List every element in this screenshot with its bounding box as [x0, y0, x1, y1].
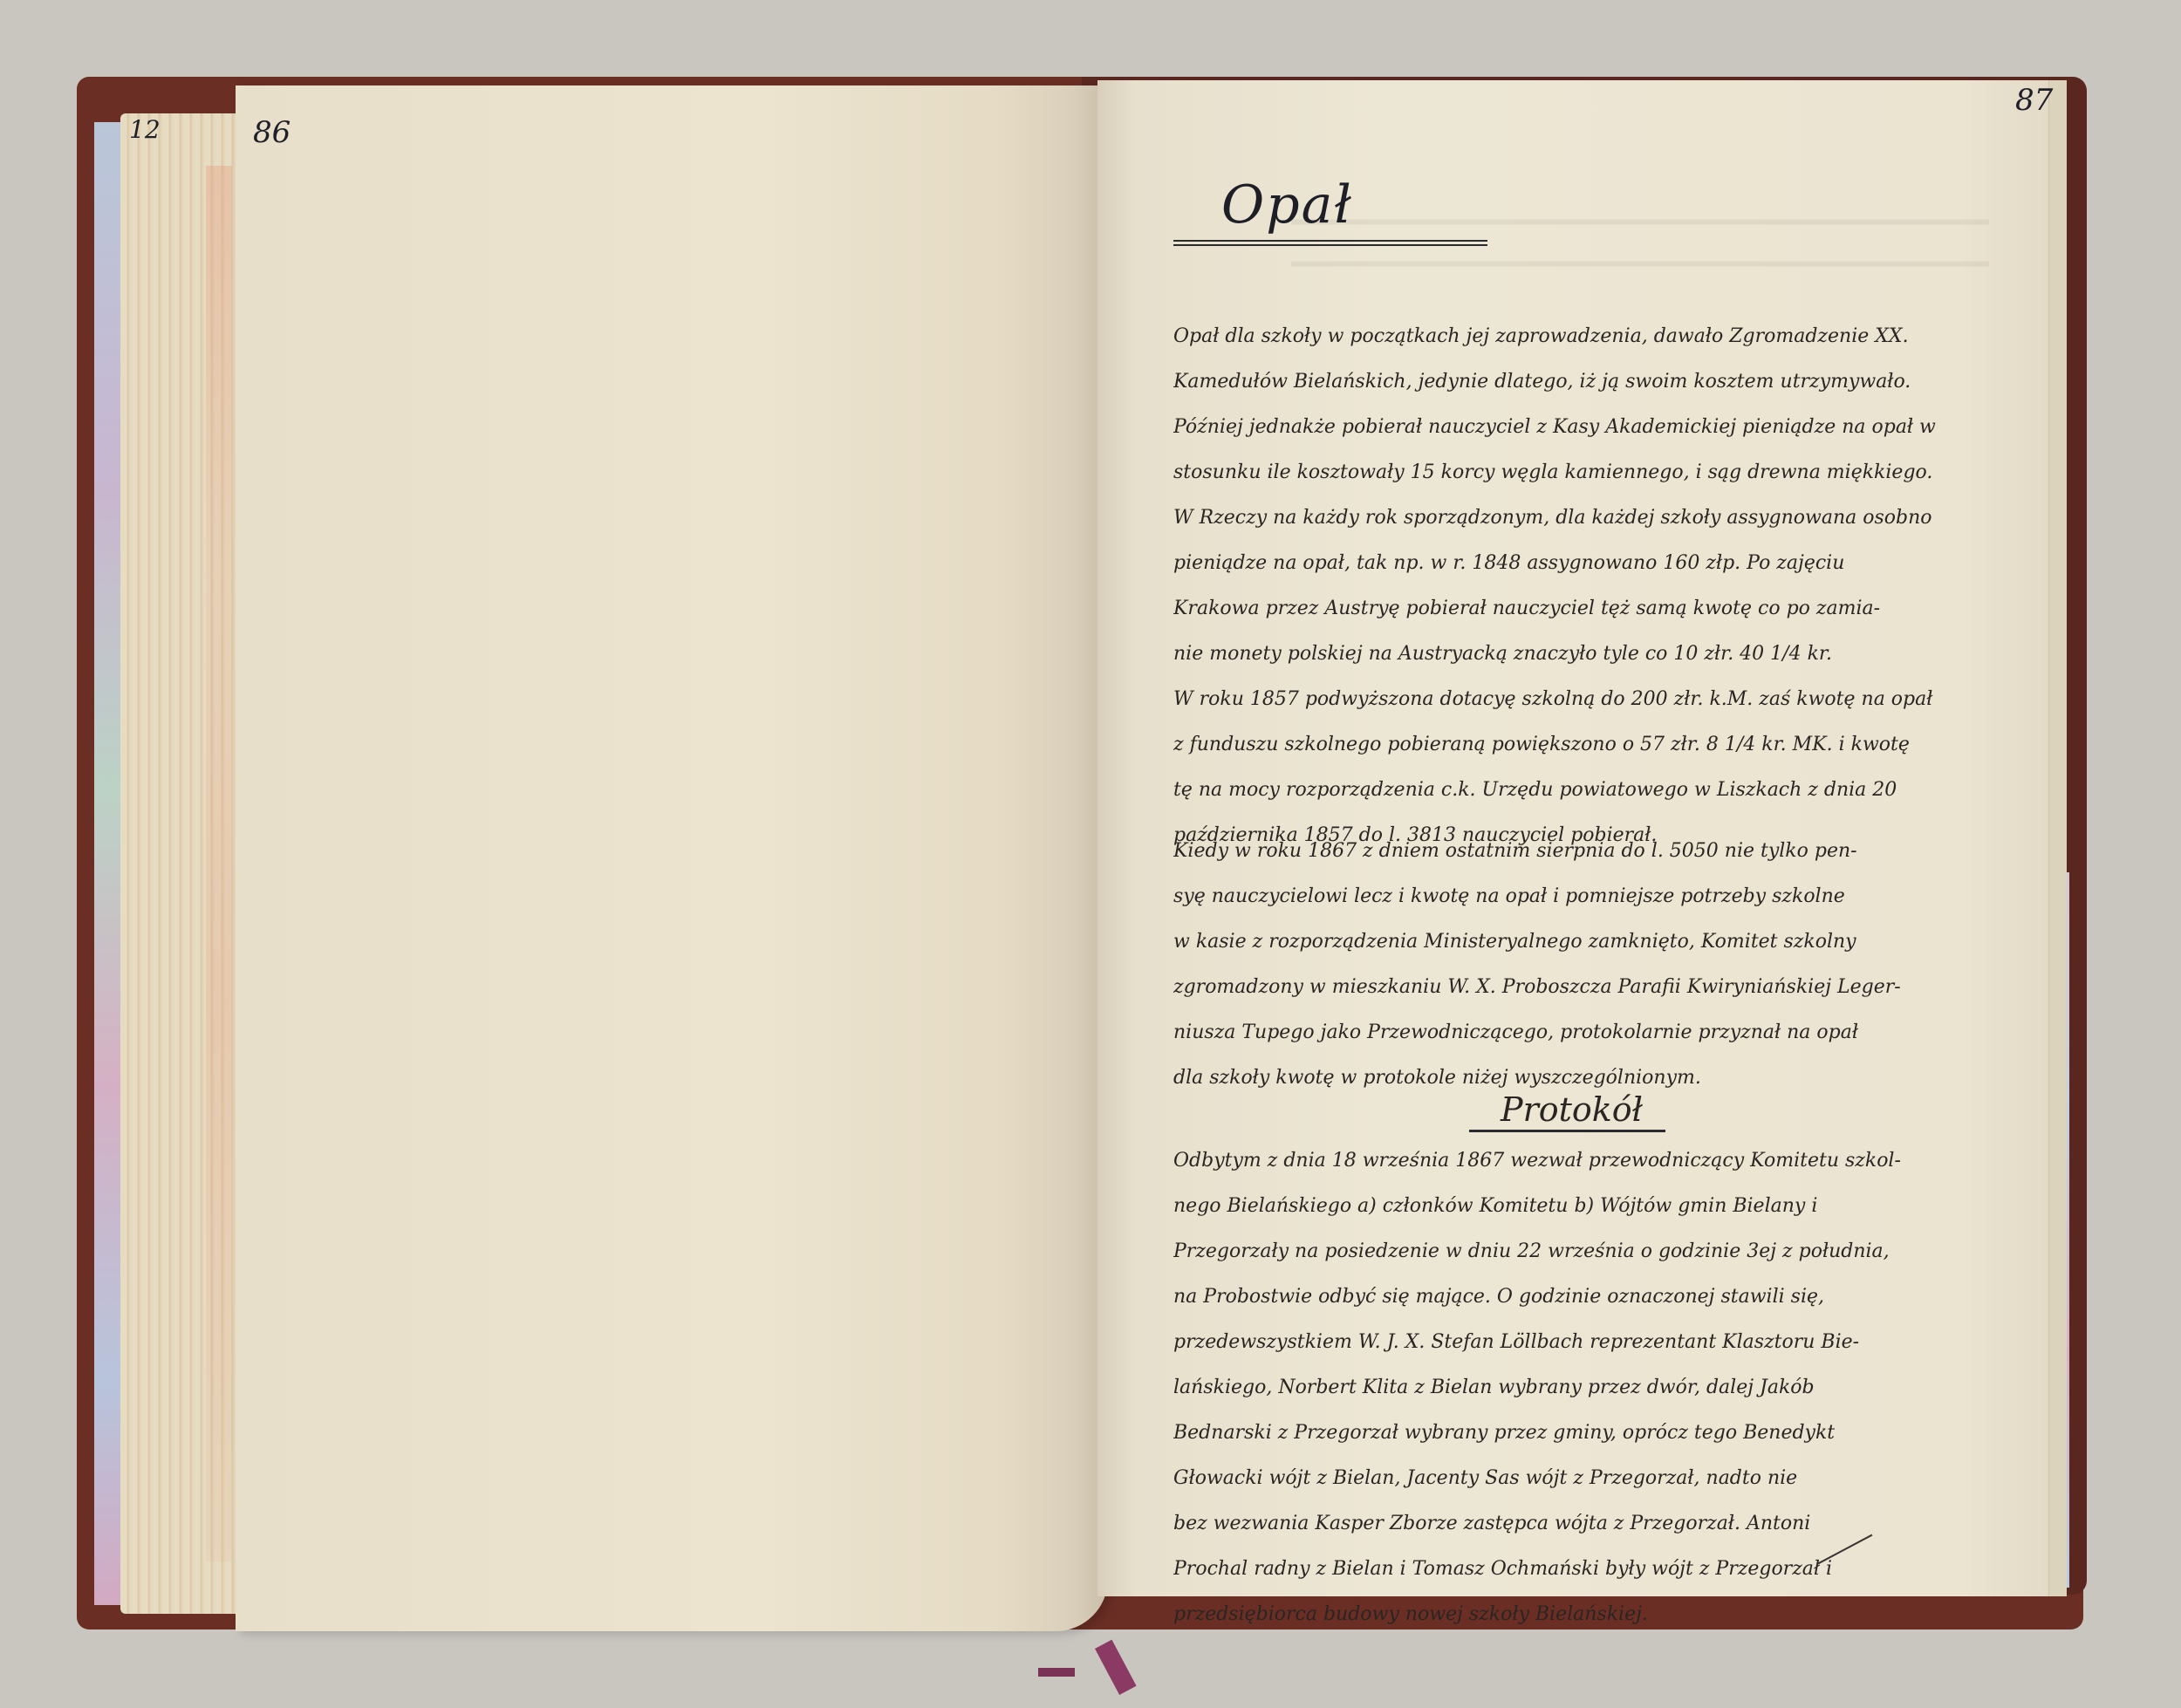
text-line: tę na mocy rozporządzenia c.k. Urzędu po…	[1173, 768, 2033, 813]
text-line: Głowacki wójt z Bielan, Jacenty Sas wójt…	[1173, 1456, 2033, 1501]
text-line: nie monety polskiej na Austryacką znaczy…	[1173, 632, 2033, 677]
text-line: przedsiębiorca budowy nowej szkoły Biela…	[1173, 1592, 2033, 1637]
text-line: syę nauczycielowi lecz i kwotę na opał i…	[1173, 874, 2033, 919]
text-line: w kasie z rozporządzenia Ministeryalnego…	[1173, 919, 2033, 965]
ribbon-bookmark-tail	[1038, 1668, 1075, 1677]
text-line: Bednarski z Przegorzał wybrany przez gmi…	[1173, 1411, 2033, 1456]
right-page-number: 87	[2015, 83, 2053, 118]
ribbon-bookmark[interactable]	[1095, 1640, 1137, 1695]
text-line: Kiedy w roku 1867 z dniem ostatnim sierp…	[1173, 829, 2033, 874]
paragraph-1: Opał dla szkoły w początkach jej zaprowa…	[1173, 314, 2033, 858]
left-page-number: 86	[253, 115, 291, 150]
text-line: W roku 1857 podwyższona dotacyę szkolną …	[1173, 677, 2033, 722]
text-line: niusza Tupego jako Przewodniczącego, pro…	[1173, 1010, 2033, 1056]
left-page	[236, 85, 1108, 1631]
text-line: Opał dla szkoły w początkach jej zaprowa…	[1173, 314, 2033, 359]
text-line: lańskiego, Norbert Klita z Bielan wybran…	[1173, 1365, 2033, 1411]
text-line: przedewszystkiem W. J. X. Stefan Löllbac…	[1173, 1320, 2033, 1365]
page-stack-edges	[120, 113, 251, 1614]
title-underline	[1173, 240, 1487, 246]
text-line: Przegorzały na posiedzenie w dniu 22 wrz…	[1173, 1229, 2033, 1274]
protocol-underline	[1469, 1130, 1665, 1132]
text-line: Kamedułów Bielańskich, jedynie dlatego, …	[1173, 359, 2033, 405]
text-line: pieniądze na opał, tak np. w r. 1848 ass…	[1173, 541, 2033, 586]
text-line: na Probostwie odbyć się mające. O godzin…	[1173, 1274, 2033, 1320]
text-line: nego Bielańskiego a) członków Komitetu b…	[1173, 1184, 2033, 1229]
text-line: stosunku ile kosztowały 15 korcy węgla k…	[1173, 450, 2033, 495]
paragraph-2: Kiedy w roku 1867 z dniem ostatnim sierp…	[1173, 829, 2033, 1101]
text-line: bez wezwania Kasper Zborze zastępca wójt…	[1173, 1501, 2033, 1547]
page-title: Opał	[1221, 174, 1353, 236]
text-line: Krakowa przez Austryę pobierał nauczycie…	[1173, 586, 2033, 632]
text-line: zgromadzony w mieszkaniu W. X. Proboszcz…	[1173, 965, 2033, 1010]
text-line: W Rzeczy na każdy rok sporządzonym, dla …	[1173, 495, 2033, 541]
text-line: Prochal radny z Bielan i Tomasz Ochmańsk…	[1173, 1547, 2033, 1592]
protocol-text: Odbytym z dnia 18 września 1867 wezwał p…	[1173, 1138, 2033, 1637]
text-line: Odbytym z dnia 18 września 1867 wezwał p…	[1173, 1138, 2033, 1184]
text-line: z funduszu szkolnego pobieraną powiększo…	[1173, 722, 2033, 768]
text-line: Później jednakże pobierał nauczyciel z K…	[1173, 405, 2033, 450]
protocol-heading: Protokół	[1501, 1090, 1643, 1129]
right-page-edge	[2048, 80, 2067, 1596]
side-number: 12	[129, 115, 161, 144]
